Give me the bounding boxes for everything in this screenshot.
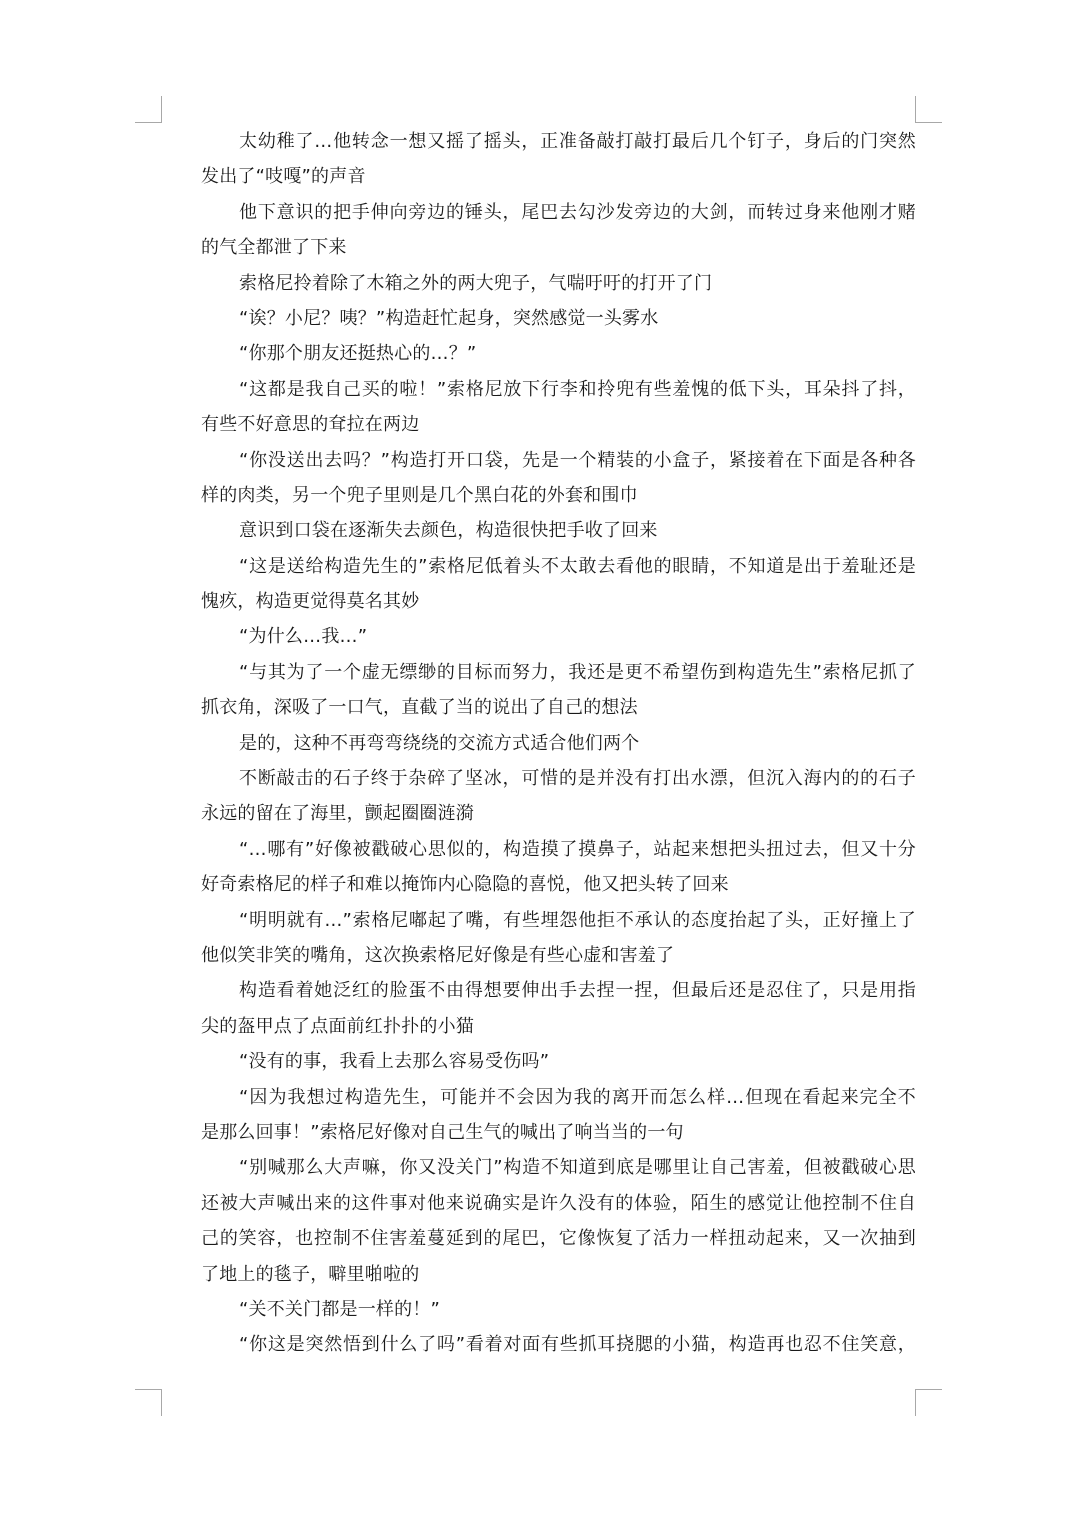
paragraph-line: 他似笑非笑的嘴角，这次换索格尼好像是有些心虚和害羞了 bbox=[201, 938, 916, 973]
paragraph-line: 永远的留在了海里，颤起圈圈涟漪 bbox=[201, 796, 916, 831]
paragraph-line: “你那个朋友还挺热心的…？” bbox=[201, 336, 916, 371]
paragraph-line: “因为我想过构造先生，可能并不会因为我的离开而怎么样…但现在看起来完全不 bbox=[201, 1080, 916, 1115]
crop-mark-bottom-left bbox=[135, 1389, 162, 1416]
document-body: 太幼稚了…他转念一想又摇了摇头，正准备敲打敲打最后几个钉子，身后的门突然 发出了… bbox=[201, 124, 916, 1363]
paragraph-line: “为什么…我…” bbox=[201, 619, 916, 654]
paragraph-line: “关不关门都是一样的！” bbox=[201, 1292, 916, 1327]
paragraph-line: 的气全都泄了下来 bbox=[201, 230, 916, 265]
document-page: 太幼稚了…他转念一想又摇了摇头，正准备敲打敲打最后几个钉子，身后的门突然 发出了… bbox=[0, 0, 1079, 1514]
crop-mark-top-right bbox=[915, 96, 942, 123]
paragraph-line: 索格尼拎着除了木箱之外的两大兜子，气喘吁吁的打开了门 bbox=[201, 266, 916, 301]
paragraph-line: 发出了“吱嘎”的声音 bbox=[201, 159, 916, 194]
paragraph-line: 好奇索格尼的样子和难以掩饰内心隐隐的喜悦，他又把头转了回来 bbox=[201, 867, 916, 902]
crop-mark-top-left bbox=[135, 96, 162, 123]
paragraph-line: “这是送给构造先生的”索格尼低着头不太敢去看他的眼睛，不知道是出于羞耻还是 bbox=[201, 549, 916, 584]
paragraph-line: “别喊那么大声嘛，你又没关门”构造不知道到底是哪里让自己害羞，但被戳破心思 bbox=[201, 1150, 916, 1185]
paragraph-line: 尖的盔甲点了点面前红扑扑的小猫 bbox=[201, 1009, 916, 1044]
paragraph-line: “…哪有”好像被戳破心思似的，构造摸了摸鼻子，站起来想把头扭过去，但又十分 bbox=[201, 832, 916, 867]
paragraph-line: 构造看着她泛红的脸蛋不由得想要伸出手去捏一捏，但最后还是忍住了，只是用指 bbox=[201, 973, 916, 1008]
crop-mark-bottom-right bbox=[915, 1389, 942, 1416]
paragraph-line: 抓衣角，深吸了一口气，直截了当的说出了自己的想法 bbox=[201, 690, 916, 725]
paragraph-line: “你这是突然悟到什么了吗”看着对面有些抓耳挠腮的小猫，构造再也忍不住笑意， bbox=[201, 1327, 916, 1362]
paragraph-line: “明明就有…”索格尼嘟起了嘴，有些埋怨他拒不承认的态度抬起了头，正好撞上了 bbox=[201, 903, 916, 938]
paragraph-line: 己的笑容，也控制不住害羞蔓延到的尾巴，它像恢复了活力一样扭动起来，又一次抽到 bbox=[201, 1221, 916, 1256]
paragraph-line: 是那么回事！”索格尼好像对自己生气的喊出了响当当的一句 bbox=[201, 1115, 916, 1150]
paragraph-line: “你没送出去吗？”构造打开口袋，先是一个精装的小盒子，紧接着在下面是各种各 bbox=[201, 443, 916, 478]
paragraph-line: 有些不好意思的耷拉在两边 bbox=[201, 407, 916, 442]
paragraph-line: 不断敲击的石子终于杂碎了坚冰，可惜的是并没有打出水漂，但沉入海内的的石子 bbox=[201, 761, 916, 796]
paragraph-line: “与其为了一个虚无缥缈的目标而努力，我还是更不希望伤到构造先生”索格尼抓了 bbox=[201, 655, 916, 690]
paragraph-line: “没有的事，我看上去那么容易受伤吗” bbox=[201, 1044, 916, 1079]
paragraph-line: 样的肉类，另一个兜子里则是几个黑白花的外套和围巾 bbox=[201, 478, 916, 513]
paragraph-line: 愧疚，构造更觉得莫名其妙 bbox=[201, 584, 916, 619]
paragraph-line: 了地上的毯子，噼里啪啦的 bbox=[201, 1257, 916, 1292]
paragraph-line: 还被大声喊出来的这件事对他来说确实是许久没有的体验，陌生的感觉让他控制不住自 bbox=[201, 1186, 916, 1221]
paragraph-line: “这都是我自己买的啦！”索格尼放下行李和拎兜有些羞愧的低下头，耳朵抖了抖， bbox=[201, 372, 916, 407]
paragraph-line: 意识到口袋在逐渐失去颜色，构造很快把手收了回来 bbox=[201, 513, 916, 548]
paragraph-line: 是的，这种不再弯弯绕绕的交流方式适合他们两个 bbox=[201, 726, 916, 761]
paragraph-line: 太幼稚了…他转念一想又摇了摇头，正准备敲打敲打最后几个钉子，身后的门突然 bbox=[201, 124, 916, 159]
paragraph-line: “诶？小尼？咦？”构造赶忙起身，突然感觉一头雾水 bbox=[201, 301, 916, 336]
paragraph-line: 他下意识的把手伸向旁边的锤头，尾巴去勾沙发旁边的大剑，而转过身来他刚才赌 bbox=[201, 195, 916, 230]
